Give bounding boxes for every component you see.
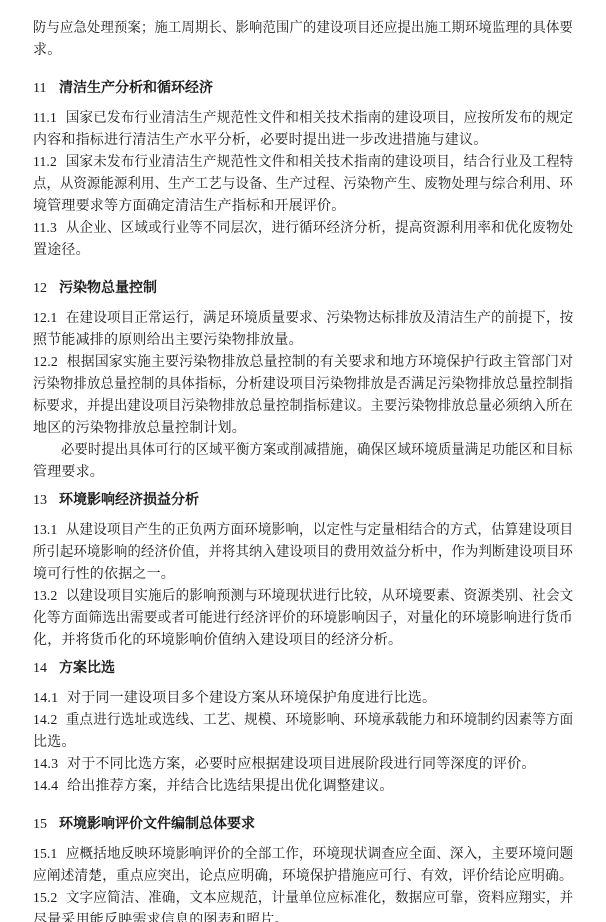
clause-text: 文字应简洁、准确，文本应规范，计量单位应标准化，数据应可靠，资料应翔实，并 [66,890,574,906]
clause-13-2-line: 化等方面筛选出需要或者可能进行经济评价的环境影响因子，对量化的环境影响进行货币 [33,608,573,628]
clause-text: 从建设项目产生的正负两方面环境影响，以定性与定量相结合的方式，估算建设项目 [66,522,574,538]
clause-11-1-line: 11.1国家已发布行业清洁生产规范性文件和相关技术指南的建设项目，应按所发布的规… [33,108,573,128]
section-heading-12: 12污染物总量控制 [33,278,157,298]
clause-number: 11.3 [33,219,66,239]
section-heading-14: 14方案比选 [33,658,115,678]
clause-12-2-line: 地区的污染物排放总量控制计划。 [33,418,573,438]
section-title: 清洁生产分析和循环经济 [59,80,213,96]
paragraph-line: 管理要求。 [33,462,573,482]
section-number: 14 [33,659,59,679]
clause-text: 国家已发布行业清洁生产规范性文件和相关技术指南的建设项目，应按所发布的规定 [66,110,574,126]
clause-13-2-line: 化，并将货币化的环境影响价值纳入建设项目的经济分析。 [33,630,573,650]
clause-13-2-line: 13.2以建设项目实施后的影响预测与环境现状进行比较，从环境要素、资源类别、社会… [33,586,573,606]
clause-text: 国家未发布行业清洁生产规范性文件和相关技术指南的建设项目，结合行业及工程特 [66,154,574,170]
section-number: 12 [33,279,59,299]
clause-text: 重点进行选址或选线、工艺、规模、环境影响、环境承载能力和环境制约因素等方面 [66,712,574,728]
clause-14-1-line: 14.1对于同一建设项目多个建设方案从环境保护角度进行比选。 [33,688,573,708]
clause-number: 14.3 [33,755,67,775]
clause-11-2-line: 11.2国家未发布行业清洁生产规范性文件和相关技术指南的建设项目，结合行业及工程… [33,152,573,172]
section-heading-15: 15环境影响评价文件编制总体要求 [33,814,255,834]
clause-text: 给出推荐方案，并结合比选结果提出优化调整建议。 [67,778,394,794]
clause-11-1-line: 内容和指标进行清洁生产水平分析，必要时提出进一步改进措施与建议。 [33,130,573,150]
clause-15-2-line: 15.2文字应简洁、准确，文本应规范，计量单位应标准化，数据应可靠，资料应翔实，… [33,888,573,908]
paragraph-line: 防与应急处理预案；施工周期长、影响范围广的建设项目还应提出施工期环境监理的具体要 [33,18,573,38]
clause-text: 根据国家实施主要污染物排放总量控制的有关要求和地方环境保护行政主管部门对 [67,354,574,370]
section-heading-13: 13环境影响经济损益分析 [33,490,199,510]
clause-14-4-line: 14.4给出推荐方案，并结合比选结果提出优化调整建议。 [33,776,573,796]
section-number: 15 [33,815,59,835]
clause-number: 12.2 [33,353,67,373]
clause-11-2-line: 点，从资源能源利用、生产工艺与设备、生产过程、污染物产生、废物处理与综合利用、环 [33,174,573,194]
clause-text: 对于同一建设项目多个建设方案从环境保护角度进行比选。 [67,690,436,706]
clause-text: 从企业、区域或行业等不同层次，进行循环经济分析，提高资源利用率和优化废物处 [66,220,574,236]
clause-number: 15.1 [33,845,66,865]
section-heading-11: 11清洁生产分析和循环经济 [33,78,213,98]
clause-number: 11.1 [33,109,66,129]
clause-number: 12.1 [33,309,66,329]
section-title: 方案比选 [59,660,115,676]
clause-13-1-line: 境可行性的依据之一。 [33,564,573,584]
clause-13-1-line: 13.1从建设项目产生的正负两方面环境影响，以定性与定量相结合的方式，估算建设项… [33,520,573,540]
section-number: 13 [33,491,59,511]
section-title: 环境影响评价文件编制总体要求 [59,816,255,832]
clause-number: 11.2 [33,153,66,173]
section-title: 环境影响经济损益分析 [59,492,199,508]
clause-12-1-line: 照节能减排的原则给出主要污染物排放量。 [33,330,573,350]
clause-11-3-line: 置途径。 [33,240,573,260]
clause-12-1-line: 12.1在建设项目正常运行，满足环境质量要求、污染物达标排放及清洁生产的前提下，… [33,308,573,328]
clause-12-2-line: 标要求，并提出建设项目污染物排放总量控制指标建议。主要污染物排放总量必须纳入所在 [33,396,573,416]
clause-14-3-line: 14.3对于不同比选方案，必要时应根据建设项目进展阶段进行同等深度的评价。 [33,754,573,774]
clause-11-2-line: 境管理要求等方面确定清洁生产指标和开展评价。 [33,196,573,216]
clause-number: 15.2 [33,889,66,909]
paragraph-line: 必要时提出具体可行的区域平衡方案或削减措施，确保区域环境质量满足功能区和目标 [61,440,573,460]
clause-14-2-line: 比选。 [33,732,573,752]
clause-number: 14.4 [33,777,67,797]
section-number: 11 [33,79,59,99]
paragraph-line: 求。 [33,40,573,60]
clause-11-3-line: 11.3从企业、区域或行业等不同层次，进行循环经济分析，提高资源利用率和优化废物… [33,218,573,238]
document-page: 防与应急处理预案；施工周期长、影响范围广的建设项目还应提出施工期环境监理的具体要… [0,0,606,922]
clause-text: 对于不同比选方案，必要时应根据建设项目进展阶段进行同等深度的评价。 [67,756,536,772]
clause-12-2-line: 污染物排放总量控制的具体指标，分析建设项目污染物排放是否满足污染物排放总量控制指 [33,374,573,394]
clause-15-1-line: 应阐述清楚，重点应突出，论点应明确，环境保护措施应可行、有效，评价结论应明确。 [33,866,573,886]
clause-text: 在建设项目正常运行，满足环境质量要求、污染物达标排放及清洁生产的前提下，按 [66,310,574,326]
clause-12-2-line: 12.2根据国家实施主要污染物排放总量控制的有关要求和地方环境保护行政主管部门对 [33,352,573,372]
clause-13-1-line: 所引起环境影响的经济价值，并将其纳入建设项目的费用效益分析中，作为判断建设项目环 [33,542,573,562]
clause-number: 14.2 [33,711,66,731]
section-title: 污染物总量控制 [59,280,157,296]
clause-14-2-line: 14.2重点进行选址或选线、工艺、规模、环境影响、环境承载能力和环境制约因素等方… [33,710,573,730]
clause-number: 14.1 [33,689,67,709]
clause-number: 13.2 [33,587,66,607]
clause-text: 应概括地反映环境影响评价的全部工作，环境现状调查应全面、深入，主要环境问题 [66,846,574,862]
clause-15-2-line: 尽量采用能反映需求信息的图表和照片。 [33,910,573,922]
clause-15-1-line: 15.1应概括地反映环境影响评价的全部工作，环境现状调查应全面、深入，主要环境问… [33,844,573,864]
clause-text: 以建设项目实施后的影响预测与环境现状进行比较，从环境要素、资源类别、社会文 [66,588,574,604]
clause-number: 13.1 [33,521,66,541]
